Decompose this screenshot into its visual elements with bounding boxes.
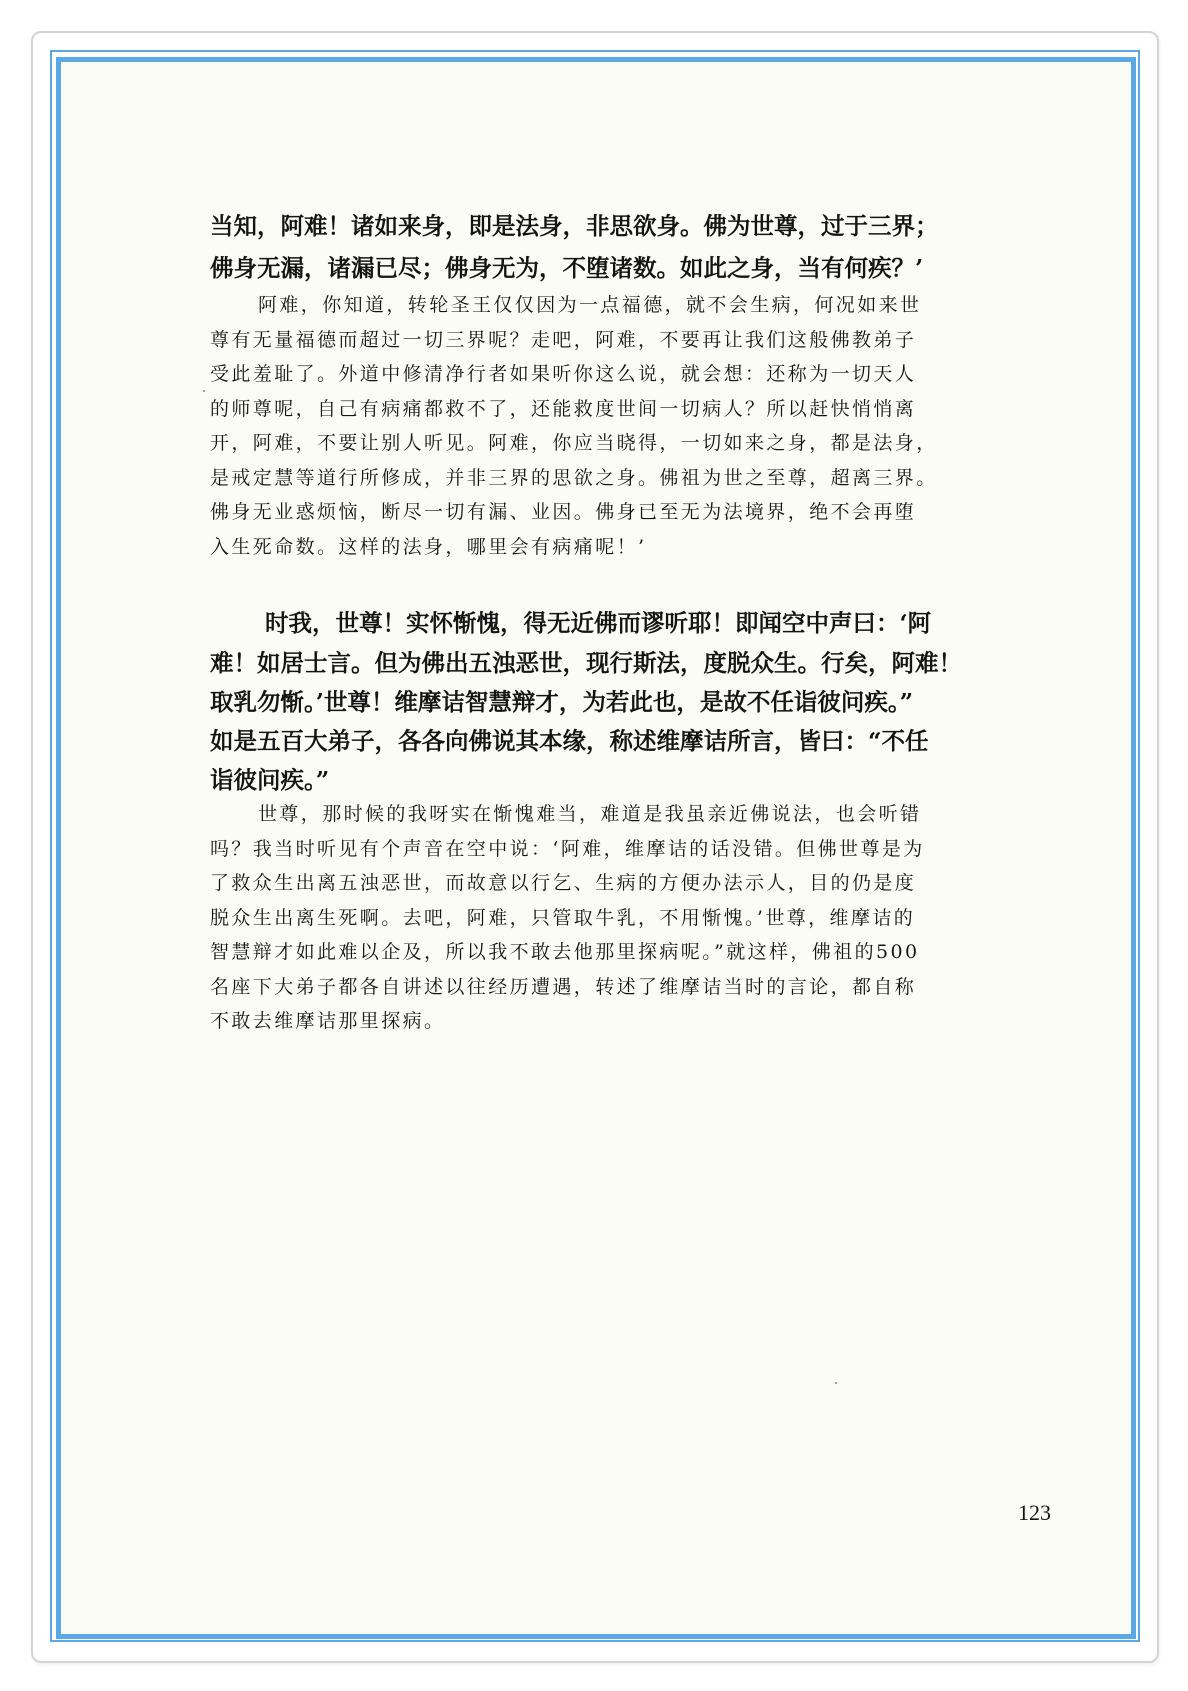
scan-speck [835,1382,837,1384]
original-text-line: 难！如居士言。但为佛出五浊恶世，现行斯法，度脱众生。行矣，阿难！ [210,644,962,678]
translation-text-line: 阿难，你知道，转轮圣王仅仅因为一点福德，就不会生病，何况如来世 [258,290,921,317]
translation-text-line: 脱众生出离生死啊。去吧，阿难，只管取牛乳，不用惭愧。’世尊，维摩诘的 [210,903,915,930]
page-number: 123 [1018,1500,1051,1526]
translation-text-line: 佛身无业惑烦恼，断尽一切有漏、业因。佛身已至无为法境界，绝不会再堕 [210,497,916,524]
original-text-line: 时我，世尊！实怀惭愧，得无近佛而谬听耶！即闻空中声曰：‘阿 [265,604,931,638]
translation-text-line: 是戒定慧等道行所修成，并非三界的思欲之身。佛祖为世之至尊，超离三界。 [210,463,938,490]
translation-text-line: 入生死命数。这样的法身，哪里会有病痛呢！’ [210,532,646,559]
original-text-line: 诣彼问疾。” [210,761,329,795]
original-text-line: 佛身无漏，诸漏已尽；佛身无为，不堕诸数。如此之身，当有何疾？’ [210,249,923,283]
translation-text-line: 的师尊呢，自己有病痛都救不了，还能救度世间一切病人？所以赶快悄悄离 [210,394,916,421]
translation-text-line: 受此羞耻了。外道中修清净行者如果听你这么说，就会想：还称为一切天人 [210,359,916,386]
original-text-line: 如是五百大弟子，各各向佛说其本缘，称述维摩诘所言，皆曰：“不任 [210,722,929,756]
translation-text-line: 吗？我当时听见有个声音在空中说：‘阿难，维摩诘的话没错。但佛世尊是为 [210,834,925,861]
scan-speck [203,390,205,392]
translation-text-line: 名座下大弟子都各自讲述以往经历遭遇，转述了维摩诘当时的言论，都自称 [210,972,916,999]
original-text-line: 取乳勿惭。’世尊！维摩诘智慧辩才，为若此也，是故不任诣彼问疾。” [210,683,913,717]
translation-text-line: 尊有无量福德而超过一切三界呢？走吧，阿难，不要再让我们这般佛教弟子 [210,325,916,352]
translation-text-line: 开，阿难，不要让别人听见。阿难，你应当晓得，一切如来之身，都是法身， [210,428,938,455]
translation-text-line: 不敢去维摩诘那里探病。 [210,1006,445,1033]
translation-text-line: 了救众生出离五浊恶世，而故意以行乞、生病的方便办法示人，目的仍是度 [210,868,916,895]
translation-text-line: 智慧辩才如此难以企及，所以我不敢去他那里探病呢。”就这样，佛祖的500 [210,937,919,964]
original-text-line: 当知，阿难！诸如来身，即是法身，非思欲身。佛为世尊，过于三界； [210,207,939,241]
translation-text-line: 世尊，那时候的我呀实在惭愧难当，难道是我虽亲近佛说法，也会听错 [258,799,921,826]
